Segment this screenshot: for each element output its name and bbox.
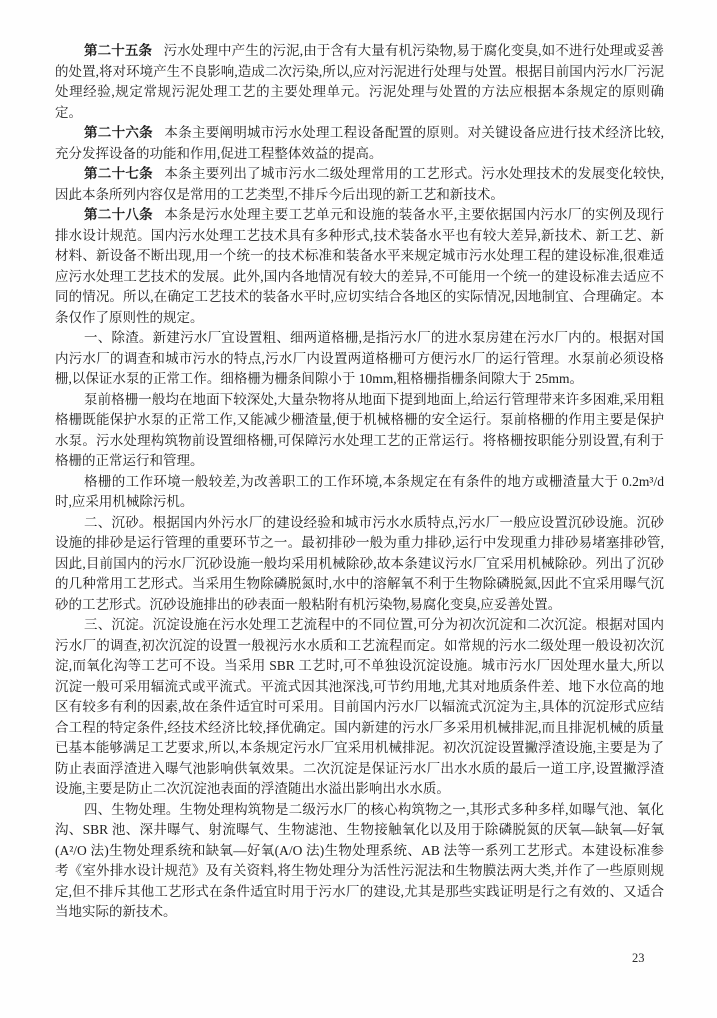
paragraph: 第二十五条污水处理中产生的污泥,由于含有大量有机污染物,易于腐化变臭,如不进行处… [55, 41, 664, 123]
paragraph-text: 三、沉淀。沉淀设施在污水处理工艺流程中的不同位置,可分为初次沉淀和二次沉淀。根据… [55, 617, 664, 796]
paragraph-text: 一、除渣。新建污水厂宜设置粗、细两道格栅,是指污水厂的进水泵房建在污水厂内的。根… [55, 330, 664, 386]
paragraph-text: 本条是污水处理主要工艺单元和设施的装备水平,主要依据国内污水厂的实例及现行排水设… [55, 207, 664, 325]
paragraph: 第二十六条本条主要阐明城市污水处理工程设备配置的原则。对关键设备应进行技术经济比… [55, 123, 664, 164]
paragraph: 四、生物处理。生物处理构筑物是二级污水厂的核心构筑物之一,其形式多种多样,如曝气… [55, 800, 664, 923]
page-number: 23 [632, 950, 645, 966]
paragraph-text: 格栅的工作环境一般较差,为改善职工的工作环境,本条规定在有条件的地方或栅渣量大于… [55, 474, 664, 510]
paragraph-text: 泵前格栅一般均在地面下较深处,大量杂物将从地面下提到地面上,给运行管理带来许多困… [55, 392, 664, 469]
paragraph-text: 四、生物处理。生物处理构筑物是二级污水厂的核心构筑物之一,其形式多种多样,如曝气… [55, 802, 664, 920]
paragraph: 泵前格栅一般均在地面下较深处,大量杂物将从地面下提到地面上,给运行管理带来许多困… [55, 390, 664, 472]
paragraph: 二、沉砂。根据国内外污水厂的建设经验和城市污水水质特点,污水厂一般应设置沉砂设施… [55, 513, 664, 616]
paragraph: 三、沉淀。沉淀设施在污水处理工艺流程中的不同位置,可分为初次沉淀和二次沉淀。根据… [55, 615, 664, 800]
paragraph: 第二十七条本条主要列出了城市污水二级处理常用的工艺形式。污水处理技术的发展变化较… [55, 164, 664, 205]
article-number: 第二十六条 [84, 125, 164, 140]
paragraph-text: 二、沉砂。根据国内外污水厂的建设经验和城市污水水质特点,污水厂一般应设置沉砂设施… [55, 515, 664, 612]
article-number: 第二十八条 [84, 207, 164, 222]
paragraph: 格栅的工作环境一般较差,为改善职工的工作环境,本条规定在有条件的地方或栅渣量大于… [55, 472, 664, 513]
article-number: 第二十五条 [84, 43, 164, 58]
article-number: 第二十七条 [84, 166, 164, 181]
document-page: 第二十五条污水处理中产生的污泥,由于含有大量有机污染物,易于腐化变臭,如不进行处… [0, 0, 717, 1018]
paragraph: 一、除渣。新建污水厂宜设置粗、细两道格栅,是指污水厂的进水泵房建在污水厂内的。根… [55, 328, 664, 390]
document-body: 第二十五条污水处理中产生的污泥,由于含有大量有机污染物,易于腐化变臭,如不进行处… [55, 41, 664, 923]
paragraph: 第二十八条本条是污水处理主要工艺单元和设施的装备水平,主要依据国内污水厂的实例及… [55, 205, 664, 328]
